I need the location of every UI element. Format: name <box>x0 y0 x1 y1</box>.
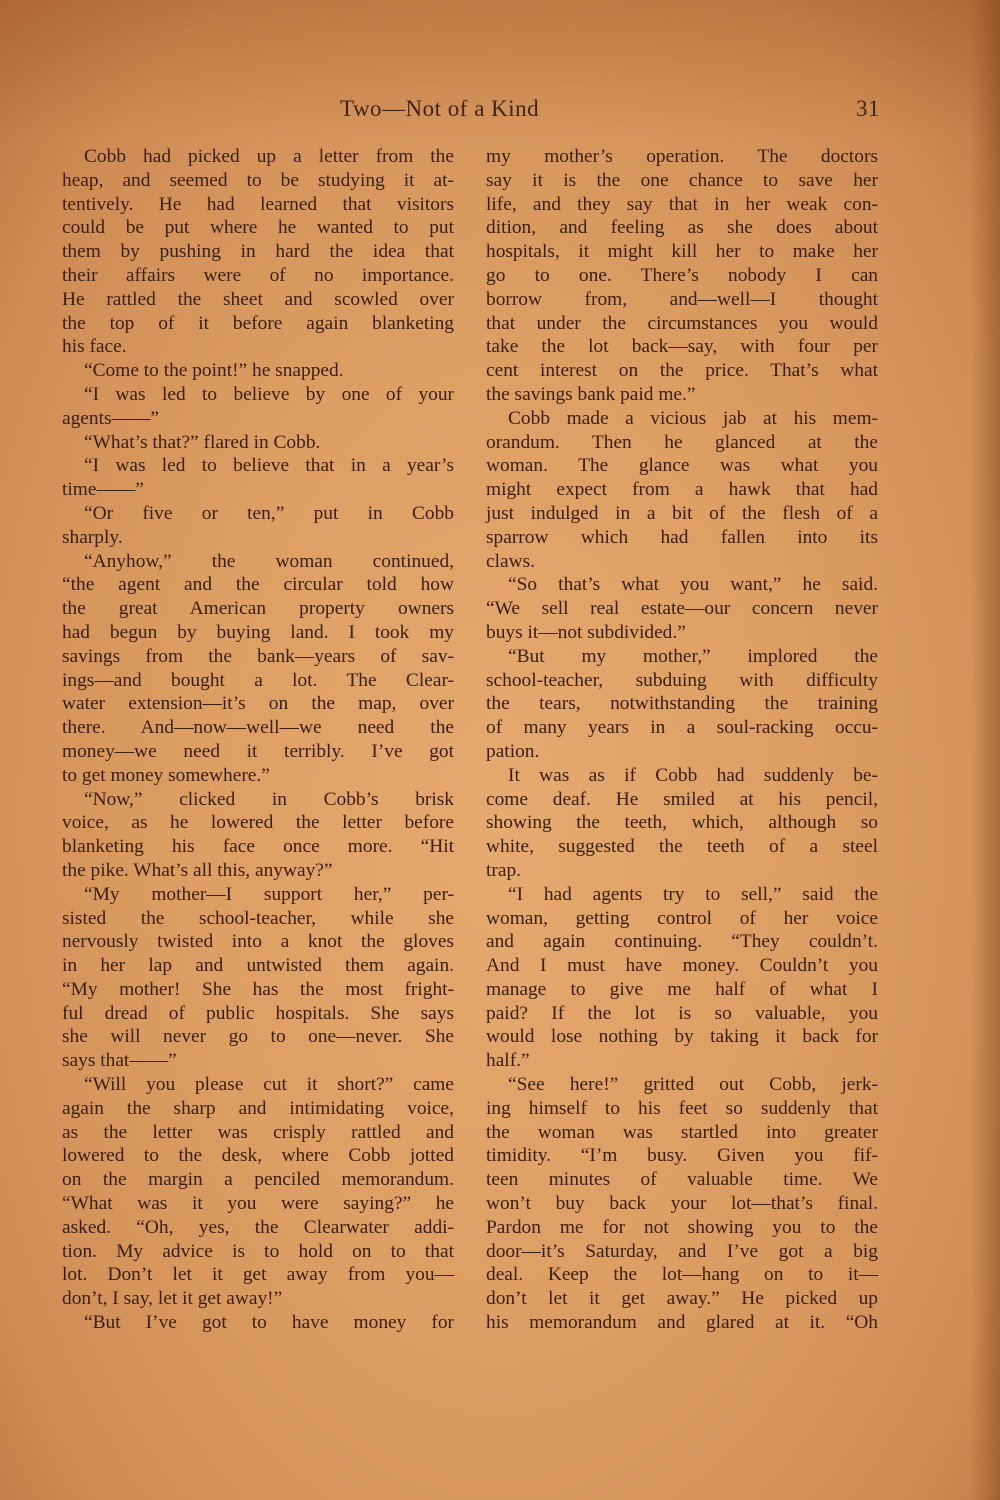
text-line: them by pushing in hard the idea that <box>62 240 454 264</box>
text-line: borrow from, and—well—I thought <box>486 288 878 312</box>
text-line: go to one. There’s nobody I can <box>486 264 878 288</box>
text-line: teen minutes of valuable time. We <box>486 1168 878 1192</box>
text-line: tentively. He had learned that visitors <box>62 193 454 217</box>
text-line: the tears, notwithstanding the training <box>486 692 878 716</box>
text-line: won’t buy back your lot—that’s final. <box>486 1192 878 1216</box>
text-line: would lose nothing by taking it back for <box>486 1025 878 1049</box>
text-line: his face. <box>62 335 454 359</box>
text-line: “But my mother,” implored the <box>486 645 878 669</box>
text-line: “Anyhow,” the woman continued, <box>62 550 454 574</box>
text-line: the top of it before again blanketing <box>62 312 454 336</box>
text-line: says that——” <box>62 1049 454 1073</box>
text-line: “My mother—I support her,” per- <box>62 883 454 907</box>
text-line: paid? If the lot is so valuable, you <box>486 1002 878 1026</box>
text-line: “We sell real estate—our concern never <box>486 597 878 621</box>
text-line: claws. <box>486 550 878 574</box>
text-line: And I must have money. Couldn’t you <box>486 954 878 978</box>
running-head: Two—Not of a Kind 31 <box>340 96 880 130</box>
text-line: ful dread of public hospitals. She says <box>62 1002 454 1026</box>
text-line: on the margin a penciled memorandum. <box>62 1168 454 1192</box>
text-line: “Will you please cut it short?” came <box>62 1073 454 1097</box>
text-line: in her lap and untwisted them again. <box>62 954 454 978</box>
text-line: my mother’s operation. The doctors <box>486 145 878 169</box>
text-line: the savings bank paid me.” <box>486 383 878 407</box>
text-line: say it is the one chance to save her <box>486 169 878 193</box>
text-line: deal. Keep the lot—hang on to it— <box>486 1263 878 1287</box>
text-line: come deaf. He smiled at his pencil, <box>486 788 878 812</box>
text-line: the pike. What’s all this, anyway?” <box>62 859 454 883</box>
text-line: water extension—it’s on the map, over <box>62 692 454 716</box>
text-line: sparrow which had fallen into its <box>486 526 878 550</box>
text-line: don’t let it get away.” He picked up <box>486 1287 878 1311</box>
text-line: there. And—now—well—we need the <box>62 716 454 740</box>
text-line: ing himself to his feet so suddenly that <box>486 1097 878 1121</box>
text-line: savings from the bank—years of sav- <box>62 645 454 669</box>
text-line: “I had agents try to sell,” said the <box>486 883 878 907</box>
text-line: agents——” <box>62 407 454 431</box>
text-line: lowered to the desk, where Cobb jotted <box>62 1144 454 1168</box>
text-line: pation. <box>486 740 878 764</box>
text-line: life, and they say that in her weak con- <box>486 193 878 217</box>
text-line: nervously twisted into a knot the gloves <box>62 930 454 954</box>
text-line: manage to give me half of what I <box>486 978 878 1002</box>
text-line: time——” <box>62 478 454 502</box>
text-line: “My mother! She has the most fright- <box>62 978 454 1002</box>
text-line: as the letter was crisply rattled and <box>62 1121 454 1145</box>
text-line: Cobb made a vicious jab at his mem- <box>486 407 878 431</box>
text-line: “What was it you were saying?” he <box>62 1192 454 1216</box>
text-line: “See here!” gritted out Cobb, jerk- <box>486 1073 878 1097</box>
text-line: school-teacher, subduing with difficulty <box>486 669 878 693</box>
text-line: his memorandum and glared at it. “Oh <box>486 1311 878 1335</box>
text-line: the woman was startled into greater <box>486 1121 878 1145</box>
text-line: “the agent and the circular told how <box>62 573 454 597</box>
text-line: lot. Don’t let it get away from you— <box>62 1263 454 1287</box>
text-line: sisted the school-teacher, while she <box>62 907 454 931</box>
text-line: the great American property owners <box>62 597 454 621</box>
text-line: tion. My advice is to hold on to that <box>62 1240 454 1264</box>
text-line: and again continuing. “They couldn’t. <box>486 930 878 954</box>
text-line: orandum. Then he glanced at the <box>486 431 878 455</box>
text-line: Pardon me for not showing you to the <box>486 1216 878 1240</box>
text-line: He rattled the sheet and scowled over <box>62 288 454 312</box>
text-line: just indulged in a bit of the flesh of a <box>486 502 878 526</box>
text-line: buys it—not subdivided.” <box>486 621 878 645</box>
text-line: “So that’s what you want,” he said. <box>486 573 878 597</box>
text-line: half.” <box>486 1049 878 1073</box>
text-column-right: my mother’s operation. The doctorssay it… <box>486 145 878 1335</box>
text-line: dition, and feeling as she does about <box>486 216 878 240</box>
text-line: their affairs were of no importance. <box>62 264 454 288</box>
text-line: sharply. <box>62 526 454 550</box>
text-line: of many years in a soul-racking occu- <box>486 716 878 740</box>
text-line: take the lot back—say, with four per <box>486 335 878 359</box>
text-line: could be put where he wanted to put <box>62 216 454 240</box>
text-line: “But I’ve got to have money for <box>62 1311 454 1335</box>
text-line: don’t, I say, let it get away!” <box>62 1287 454 1311</box>
text-line: that under the circumstances you would <box>486 312 878 336</box>
text-line: It was as if Cobb had suddenly be- <box>486 764 878 788</box>
text-line: “Now,” clicked in Cobb’s brisk <box>62 788 454 812</box>
book-page: Two—Not of a Kind 31 Cobb had picked up … <box>0 0 1000 1500</box>
text-line: hospitals, it might kill her to make her <box>486 240 878 264</box>
text-line: asked. “Oh, yes, the Clearwater addi- <box>62 1216 454 1240</box>
text-line: to get money somewhere.” <box>62 764 454 788</box>
text-line: showing the teeth, which, although so <box>486 811 878 835</box>
text-line: woman. The glance was what you <box>486 454 878 478</box>
text-line: again the sharp and intimidating voice, <box>62 1097 454 1121</box>
running-title: Two—Not of a Kind <box>340 96 539 122</box>
text-line: voice, as he lowered the letter before <box>62 811 454 835</box>
text-line: money—we need it terribly. I’ve got <box>62 740 454 764</box>
text-line: “What’s that?” flared in Cobb. <box>62 431 454 455</box>
text-line: “I was led to believe by one of your <box>62 383 454 407</box>
text-column-left: Cobb had picked up a letter from theheap… <box>62 145 454 1335</box>
text-line: she will never go to one—never. She <box>62 1025 454 1049</box>
text-line: had begun by buying land. I took my <box>62 621 454 645</box>
text-line: blanketing his face once more. “Hit <box>62 835 454 859</box>
text-line: door—it’s Saturday, and I’ve got a big <box>486 1240 878 1264</box>
text-line: trap. <box>486 859 878 883</box>
text-line: heap, and seemed to be studying it at- <box>62 169 454 193</box>
text-line: might expect from a hawk that had <box>486 478 878 502</box>
text-line: Cobb had picked up a letter from the <box>62 145 454 169</box>
page-number: 31 <box>856 96 880 122</box>
text-line: “Or five or ten,” put in Cobb <box>62 502 454 526</box>
text-line: “I was led to believe that in a year’s <box>62 454 454 478</box>
text-line: white, suggested the teeth of a steel <box>486 835 878 859</box>
text-line: “Come to the point!” he snapped. <box>62 359 454 383</box>
text-line: timidity. “I’m busy. Given you fif- <box>486 1144 878 1168</box>
text-line: cent interest on the price. That’s what <box>486 359 878 383</box>
text-line: woman, getting control of her voice <box>486 907 878 931</box>
text-line: ings—and bought a lot. The Clear- <box>62 669 454 693</box>
